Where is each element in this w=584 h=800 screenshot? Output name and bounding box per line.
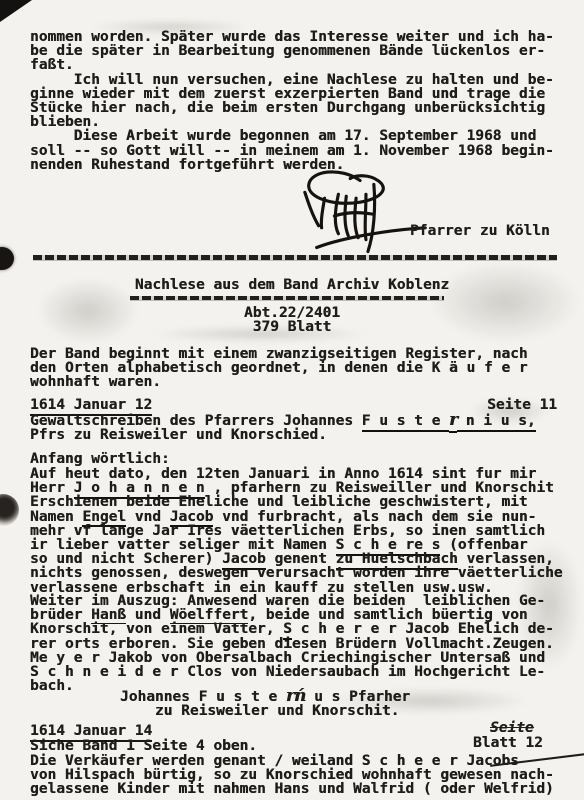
text-line: wohnhaft waren. — [30, 375, 528, 389]
text-line: Weiter im Auszug: Anwesend waren die bei… — [30, 594, 554, 608]
text-line: blieben. — [30, 115, 554, 129]
text-line: faßt. — [30, 58, 554, 72]
text-line: mehr vf lange Jar Ires väetterlichen Erb… — [30, 524, 563, 538]
entry1-witnesses: Weiter im Auszug: Anwesend waren die bei… — [30, 594, 554, 693]
text-line: Me y e r Jakob von Obersalbach Crieching… — [30, 651, 554, 665]
text-line: soll -- so Gott will -- in meinem am 1. … — [30, 144, 554, 158]
text-line: brüder Hanß und Wöelffert, beide und sam… — [30, 608, 554, 622]
title-underline — [130, 296, 444, 300]
entry2-page-ref: Blatt 12 — [473, 736, 543, 750]
text-line: Gewaltschreiben des Pfarrers Johannes F … — [30, 413, 536, 428]
entry2-see-note: Siche Band 1 Seite 4 oben. — [30, 739, 257, 753]
text-line: Der Band beginnt mit einem zwanzigseitig… — [30, 347, 528, 361]
text-segment: c h e r e r Jacob Ehelich de- — [292, 621, 554, 637]
text-line: be die später in Bearbeitung genommenen … — [30, 44, 554, 58]
entry1-signoff: Johannes F u s t e rń u s Pfarher zu Rei… — [120, 689, 410, 718]
text-line: ir lieber vatter seliger mit Namen S c h… — [30, 538, 563, 552]
archive-blatt: 379 Blatt — [0, 320, 584, 334]
text-segment: n i u s, — [457, 413, 536, 432]
text-line: zu Reisweiler und Knorschit. — [120, 704, 410, 718]
text-line: den Orten alphabetisch geordnet, in dene… — [30, 361, 528, 375]
archive-title: Nachlese aus dem Band Archiv Koblenz — [0, 278, 584, 292]
entry2-date: 1614 Januar 14 — [30, 724, 152, 738]
document-page: nommen worden. Später wurde das Interess… — [0, 0, 584, 800]
entry1-body: Auf heut dato, den 12ten Januari in Anno… — [30, 467, 563, 595]
text-line: Stücke hier nach, die beim ersten Durchg… — [30, 101, 554, 115]
text-line: nommen worden. Später wurde das Interess… — [30, 30, 554, 44]
text-line: Herr J o h a n n e n , pfarhern zu Reisw… — [30, 481, 563, 495]
text-line: gelassene Kinder mit nahmen Hans und Wal… — [30, 782, 554, 796]
text-segment: r — [449, 410, 457, 433]
text-line: Auf heut dato, den 12ten Januari in Anno… — [30, 467, 563, 481]
text-line: S c h n e i d e r Clos von Niedersaubach… — [30, 665, 554, 679]
text-segment: F u s t e — [362, 413, 449, 432]
text-line: Johannes F u s t e rń u s Pfarher — [120, 689, 410, 704]
signature-caption: Pfarrer zu Kölln — [410, 224, 550, 238]
text-line: ginne wieder mit dem zuerst exzerpierten… — [30, 87, 554, 101]
text-line: Ich will nun versuchen, eine Nachlese zu… — [30, 73, 554, 87]
divider-line — [33, 255, 557, 260]
text-line: rer orts erboren. Sie geben diesen Brüde… — [30, 637, 554, 651]
text-line: so und nicht Scherer) Jacob genent zu Hu… — [30, 552, 563, 566]
entry2-struck-ref: Seite — [490, 721, 584, 735]
text-line: Knorschit, von einem Vatter, S c h e r e… — [30, 622, 554, 636]
text-line: nichts genossen, deswegen verursacht wor… — [30, 566, 563, 580]
intro-paragraph: nommen worden. Später wurde das Interess… — [30, 30, 554, 172]
entry1-anfang: Anfang wörtlich: — [30, 452, 170, 466]
corner-mark — [0, 0, 32, 22]
register-paragraph: Der Band beginnt mit einem zwanzigseitig… — [30, 347, 528, 390]
signature-scribble — [295, 164, 433, 264]
text-line: Die Verkäufer werden genant / weiland S … — [30, 754, 554, 768]
hole-punch — [0, 494, 19, 526]
text-line: von Hilspach bürtig, so zu Knorschied wo… — [30, 768, 554, 782]
entry1-heading: Gewaltschreiben des Pfarrers Johannes F … — [30, 413, 536, 442]
text-segment: Knorschit, von einem Vatter, — [30, 621, 283, 637]
entry1-date: 1614 Januar 12 — [30, 398, 152, 412]
entry2-body: Die Verkäufer werden genant / weiland S … — [30, 754, 554, 797]
entry1-page-ref: Seite 11 — [487, 398, 557, 412]
text-line: Diese Arbeit wurde begonnen am 17. Septe… — [30, 129, 554, 143]
text-line: nenden Ruhestand fortgeführt werden. — [30, 158, 554, 172]
text-line: Namen Engel vnd Jacob vnd furbracht, als… — [30, 510, 563, 524]
text-line: Erschienen beide Eheliche und leibliche … — [30, 495, 563, 509]
hole-punch — [0, 247, 14, 270]
